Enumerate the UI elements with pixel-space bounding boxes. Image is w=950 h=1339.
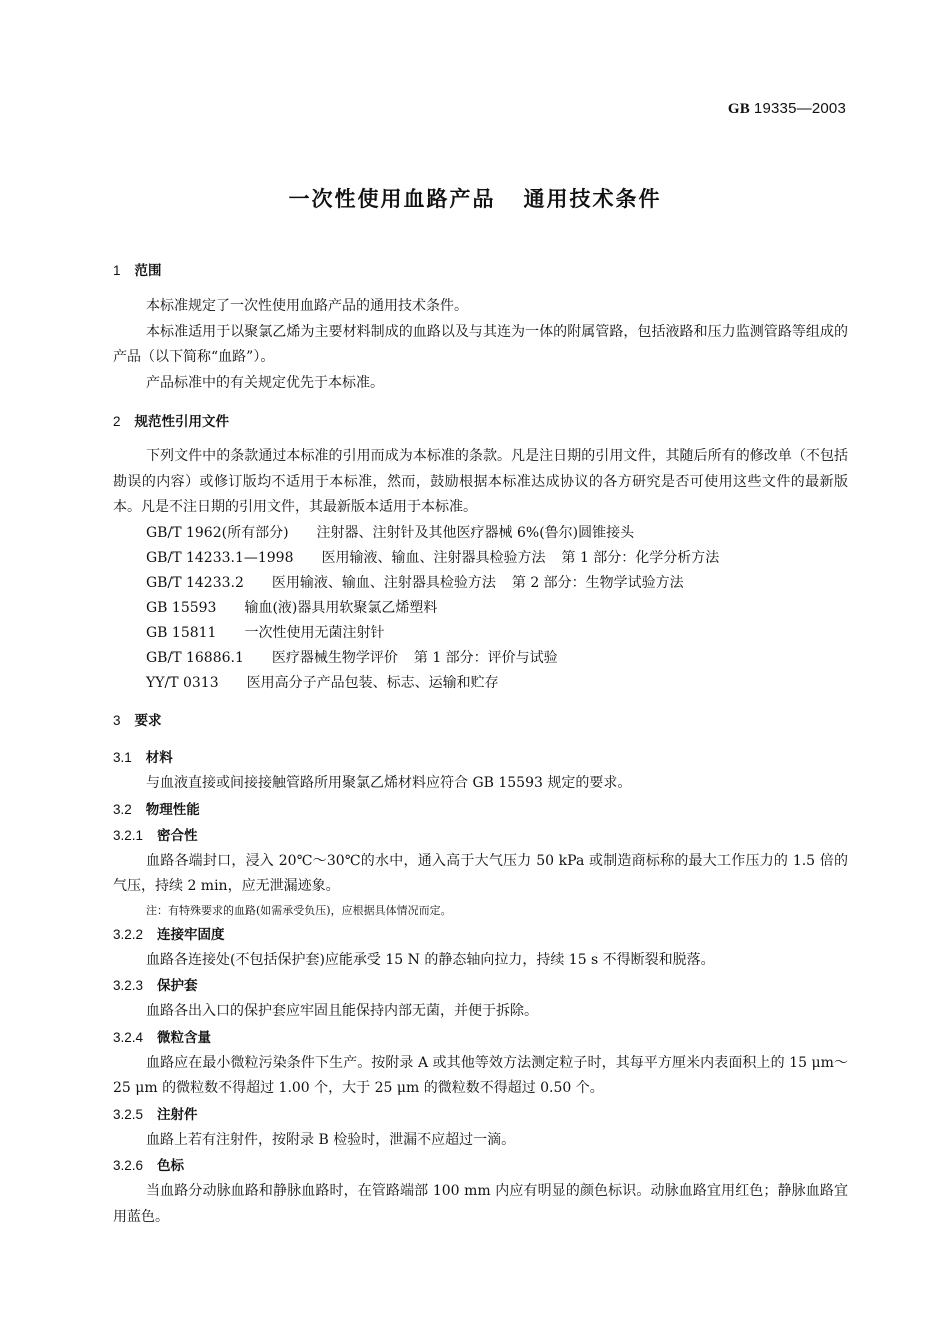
reference-item: GB/T 1962(所有部分)注射器、注射针及其他医疗器械 6%(鲁尔)圆锥接头 (113, 521, 848, 546)
document-title: 一次性使用血路产品通用技术条件 (0, 183, 950, 213)
note: 注：有特殊要求的血路(如需承受负压)，应根据具体情况而定。 (113, 900, 848, 922)
reference-code: GB/T 14233.2 (146, 575, 244, 591)
subsection-heading-3-2-3: 3.2.3保护套 (113, 973, 848, 999)
reference-part: 第 1 部分：化学分析方法 (562, 550, 720, 566)
reference-code: YY/T 0313 (146, 675, 219, 691)
paragraph: 血路各连接处(不包括保护套)应能承受 15 N 的静态轴向拉力，持续 15 s … (113, 948, 848, 974)
section-heading: 2规范性引用文件 (113, 409, 848, 435)
subsection-heading-3-2-2: 3.2.2连接牢固度 (113, 922, 848, 948)
paragraph: 产品标准中的有关规定优先于本标准。 (113, 371, 848, 397)
title-part-2: 通用技术条件 (524, 187, 662, 211)
standard-prefix: GB (728, 101, 750, 117)
subsection-heading-3-2-5: 3.2.5注射件 (113, 1102, 848, 1128)
standard-number: GB 19335—2003 (728, 100, 846, 118)
reference-title: 医用输液、输血、注射器具检验方法 (322, 550, 546, 566)
section-2-normative-references: 2规范性引用文件 (113, 409, 848, 435)
section-heading: 3要求 (113, 708, 848, 734)
reference-title: 医疗器械生物学评价 (272, 650, 398, 666)
standard-code: 19335—2003 (754, 100, 846, 117)
section-1-scope: 1范围 (113, 258, 848, 284)
title-part-1: 一次性使用血路产品 (289, 187, 496, 211)
paragraph: 血路应在最小微粒污染条件下生产。按附录 A 或其他等效方法测定粒子时，其每平方厘… (113, 1051, 848, 1102)
paragraph: 血路各端封口，浸入 20℃～30℃的水中，通入高于大气压力 50 kPa 或制造… (113, 849, 848, 900)
section-heading: 1范围 (113, 258, 848, 284)
reference-code: GB/T 16886.1 (146, 650, 244, 666)
subsection-heading-3-2-4: 3.2.4微粒含量 (113, 1025, 848, 1051)
reference-item: GB 15593输血(液)器具用软聚氯乙烯塑料 (113, 596, 848, 621)
section-3-requirements: 3要求 (113, 708, 848, 734)
subsection-heading-3-1: 3.1材料 (113, 745, 848, 771)
document-page: GB 19335—2003 一次性使用血路产品通用技术条件 1范围 本标准规定了… (0, 0, 950, 1339)
reference-code: GB/T 14233.1—1998 (146, 550, 294, 566)
section-3-body: 3.1材料 与血液直接或间接接触管路所用聚氯乙烯材料应符合 GB 15593 规… (113, 745, 848, 1230)
reference-part: 第 1 部分：评价与试验 (414, 650, 558, 666)
paragraph: 与血液直接或间接接触管路所用聚氯乙烯材料应符合 GB 15593 规定的要求。 (113, 771, 848, 797)
reference-title: 注射器、注射针及其他医疗器械 6%(鲁尔)圆锥接头 (317, 525, 635, 541)
section-2-body: 下列文件中的条款通过本标准的引用而成为本标准的条款。凡是注日期的引用文件，其随后… (113, 444, 848, 696)
subsection-heading-3-2-6: 3.2.6色标 (113, 1153, 848, 1179)
reference-code: GB 15811 (146, 625, 216, 641)
reference-code: GB/T 1962(所有部分) (146, 525, 289, 541)
reference-item: GB/T 16886.1医疗器械生物学评价第 1 部分：评价与试验 (113, 646, 848, 671)
paragraph: 本标准规定了一次性使用血路产品的通用技术条件。 (113, 294, 848, 320)
reference-item: GB 15811一次性使用无菌注射针 (113, 621, 848, 646)
reference-title: 医用输液、输血、注射器具检验方法 (272, 575, 496, 591)
paragraph: 血路上若有注射件，按附录 B 检验时，泄漏不应超过一滴。 (113, 1128, 848, 1154)
subsection-heading-3-2-1: 3.2.1密合性 (113, 823, 848, 849)
reference-item: YY/T 0313医用高分子产品包装、标志、运输和贮存 (113, 671, 848, 696)
reference-title: 医用高分子产品包装、标志、运输和贮存 (247, 675, 499, 691)
paragraph: 血路各出入口的保护套应牢固且能保持内部无菌，并便于拆除。 (113, 999, 848, 1025)
reference-item: GB/T 14233.1—1998医用输液、输血、注射器具检验方法第 1 部分：… (113, 546, 848, 571)
paragraph: 当血路分动脉血路和静脉血路时，在管路端部 100 mm 内应有明显的颜色标识。动… (113, 1179, 848, 1230)
subsection-heading-3-2: 3.2物理性能 (113, 797, 848, 823)
reference-title: 输血(液)器具用软聚氯乙烯塑料 (244, 600, 437, 616)
section-1-body: 本标准规定了一次性使用血路产品的通用技术条件。 本标准适用于以聚氯乙烯为主要材料… (113, 294, 848, 396)
reference-code: GB 15593 (146, 600, 216, 616)
paragraph: 下列文件中的条款通过本标准的引用而成为本标准的条款。凡是注日期的引用文件，其随后… (113, 444, 848, 521)
paragraph: 本标准适用于以聚氯乙烯为主要材料制成的血路以及与其连为一体的附属管路，包括液路和… (113, 320, 848, 371)
reference-part: 第 2 部分：生物学试验方法 (512, 575, 684, 591)
reference-title: 一次性使用无菌注射针 (244, 625, 384, 641)
reference-item: GB/T 14233.2医用输液、输血、注射器具检验方法第 2 部分：生物学试验… (113, 571, 848, 596)
